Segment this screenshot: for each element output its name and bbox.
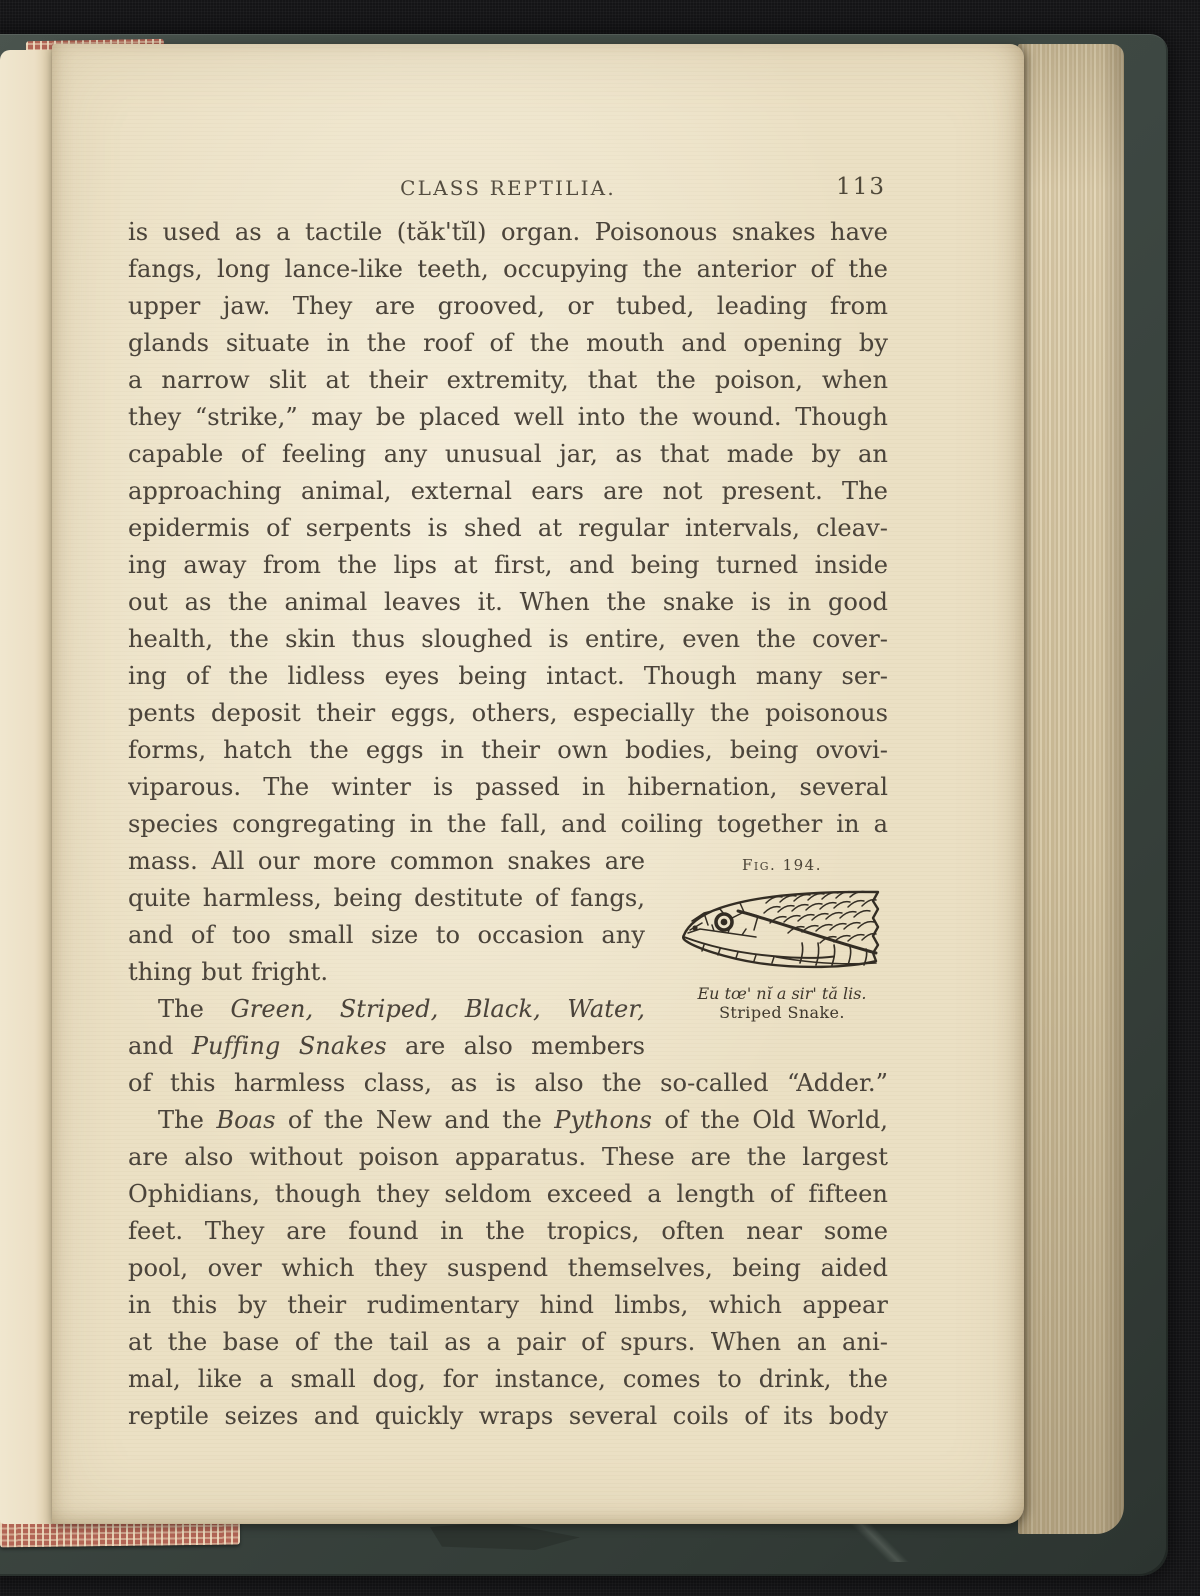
text-line: epidermis of serpents is shed at regular… <box>128 510 888 547</box>
text-line: ing of the lidless eyes being intact. Th… <box>128 658 888 695</box>
text-line: The Green, Striped, Black, Water, <box>128 991 645 1028</box>
page-edges <box>1018 44 1124 1534</box>
text-line: forms, hatch the eggs in their own bodie… <box>128 732 888 769</box>
text-line: ing away from the lips at first, and bei… <box>128 547 888 584</box>
text-line: they “strike,” may be placed well into t… <box>128 399 888 436</box>
page-header: CLASS REPTILIA. 113 <box>128 176 888 204</box>
text-line: upper jaw. They are grooved, or tubed, l… <box>128 288 888 325</box>
flyleaf-edge <box>0 50 56 1524</box>
text-line: Ophidians, though they seldom exceed a l… <box>128 1176 888 1213</box>
text-body: is used as a tactile (tăk'tĭl) organ. Po… <box>128 214 888 1435</box>
text-line: and Puffing Snakes are also members <box>128 1028 645 1065</box>
text-line: mass. All our more common snakes are <box>128 843 645 880</box>
text-line: a narrow slit at their extremity, that t… <box>128 362 888 399</box>
snake-head-illustration <box>662 885 902 975</box>
text-line: glands situate in the roof of the mouth … <box>128 325 888 362</box>
text-line: mal, like a small dog, for instance, com… <box>128 1361 888 1398</box>
book-scan: CLASS REPTILIA. 113 is used as a tactile… <box>0 0 1200 1596</box>
text-line: reptile seizes and quickly wraps several… <box>128 1398 888 1435</box>
text-line: pents deposit their eggs, others, especi… <box>128 695 888 732</box>
text-line: at the base of the tail as a pair of spu… <box>128 1324 888 1361</box>
figure-caption-pronunciation: Eu tœ' nĭ a sir' tă lis. <box>662 984 902 1003</box>
text-line: capable of feeling any unusual jar, as t… <box>128 436 888 473</box>
text-line: in this by their rudimentary hind limbs,… <box>128 1287 888 1324</box>
figure-label: Fig. 194. <box>662 856 902 874</box>
figure-caption-name: Striped Snake. <box>662 1003 902 1023</box>
text-line: health, the skin thus sloughed is entire… <box>128 621 888 658</box>
text-line: species congregating in the fall, and co… <box>128 806 888 843</box>
text-line: of this harmless class, as is also the s… <box>128 1065 888 1102</box>
text-line: feet. They are found in the tropics, oft… <box>128 1213 888 1250</box>
text-line: pool, over which they suspend themselves… <box>128 1250 888 1287</box>
text-line: fangs, long lance-like teeth, occupying … <box>128 251 888 288</box>
text-line: quite harmless, being destitute of fangs… <box>128 880 645 917</box>
text-line: The Boas of the New and the Pythons of t… <box>128 1102 888 1139</box>
text-line: and of too small size to occasion any <box>128 917 645 954</box>
text-line: viparous. The winter is passed in hibern… <box>128 769 888 806</box>
book-page: CLASS REPTILIA. 113 is used as a tactile… <box>52 44 1024 1524</box>
text-line: is used as a tactile (tăk'tĭl) organ. Po… <box>128 214 888 251</box>
text-line: are also without poison apparatus. These… <box>128 1139 888 1176</box>
running-title: CLASS REPTILIA. <box>128 176 888 200</box>
text-line: approaching animal, external ears are no… <box>128 473 888 510</box>
figure-194: Fig. 194. <box>662 856 902 1023</box>
text-line: out as the animal leaves it. When the sn… <box>128 584 888 621</box>
page-number: 113 <box>836 174 886 200</box>
